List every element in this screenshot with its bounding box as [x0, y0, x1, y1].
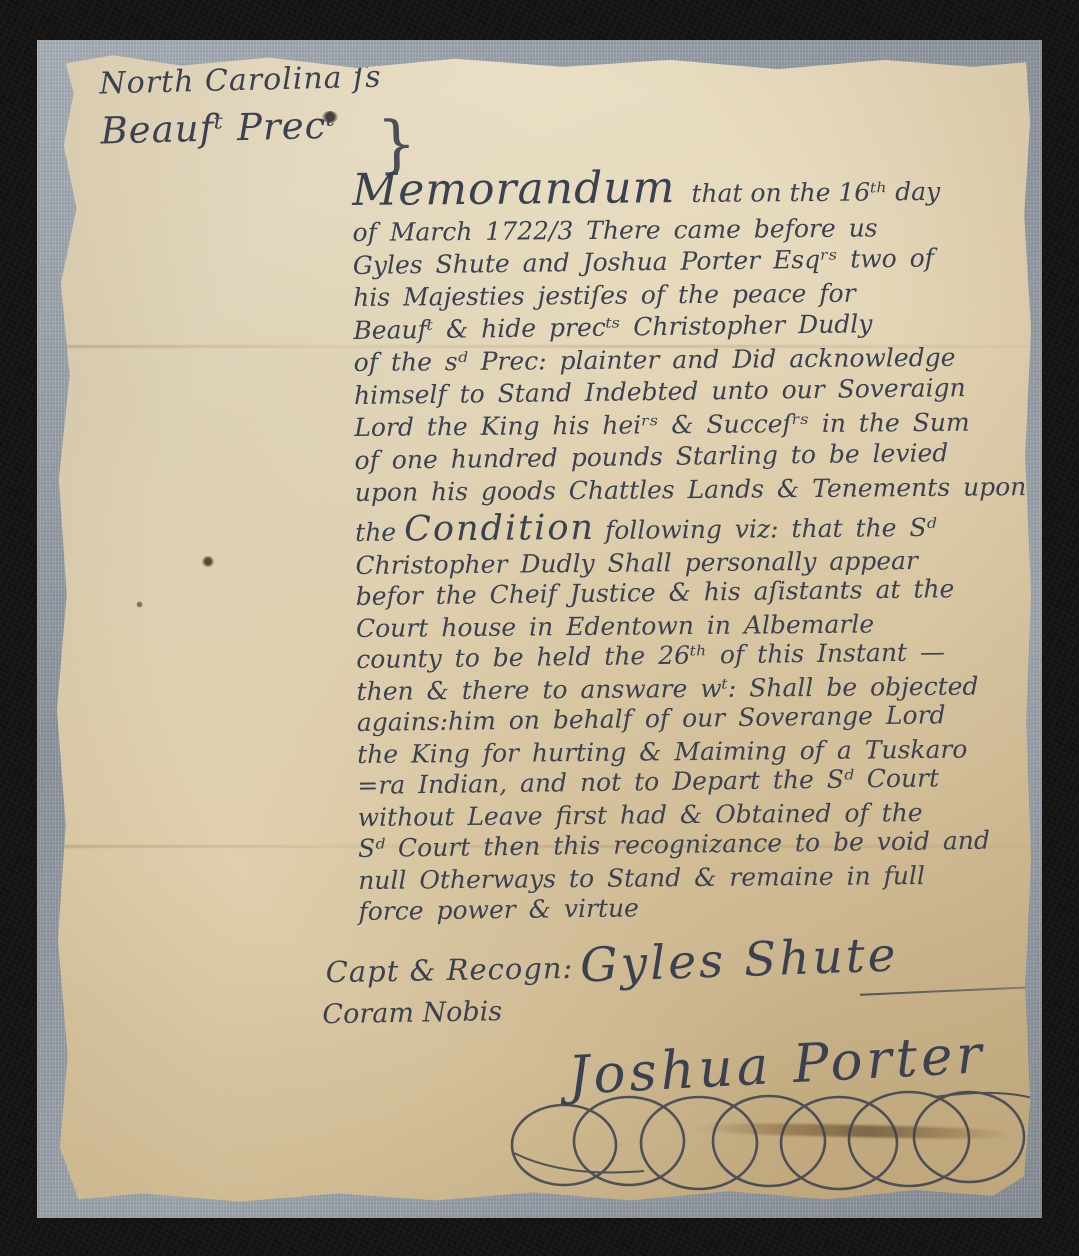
condition-word: Condition [404, 507, 595, 549]
body-line: upon his goods Chattles Lands & Tenement… [355, 471, 1027, 509]
attestation-coram-nobis: Coram Nobis [322, 995, 574, 1030]
gray-mat-backing: North Carolina ſs Beaufᵗ Precᵗ } Memoran… [37, 40, 1042, 1218]
opening-rest-text: that on the 16ᵗʰ day [691, 177, 940, 208]
body-opening-line: Memorandumthat on the 16ᵗʰ day [352, 159, 1024, 217]
body-lines-first-section: of March 1722/3 There came before usGyle… [352, 211, 1027, 509]
manuscript-paper: North Carolina ſs Beaufᵗ Precᵗ } Memoran… [54, 53, 1032, 1205]
document-body-text: Memorandumthat on the 16ᵗʰ day of March … [352, 159, 1031, 927]
attestation-capt-recogn: Capt & Recogn: [325, 951, 573, 989]
scanned-document-photo: North Carolina ſs Beaufᵗ Precᵗ } Memoran… [0, 0, 1079, 1256]
paper-freckle-stain [136, 601, 143, 608]
condition-pre-text: the [355, 517, 396, 546]
body-lines-second-section: Christopher Dudly Shall personally appea… [355, 544, 1030, 928]
condition-line: theConditionfollowing viz: that the Sᵈ [355, 504, 1027, 550]
memorandum-word: Memorandum [352, 162, 676, 216]
ink-spot-stain [202, 556, 214, 567]
header-state-line: North Carolina ſs [99, 60, 382, 102]
header-precinct-line: Beaufᵗ Precᵗ [100, 103, 383, 153]
signature-underline-flourish [860, 984, 1078, 996]
signature-flourish-loops [504, 1083, 1044, 1203]
document-header: North Carolina ſs Beaufᵗ Precᵗ } [99, 60, 383, 153]
attestation-block: Capt & Recogn: Coram Nobis [325, 951, 574, 1030]
signature-gyles-shute: Gyles Shute [579, 927, 899, 993]
condition-rest-text: following viz: that the Sᵈ [605, 512, 937, 544]
